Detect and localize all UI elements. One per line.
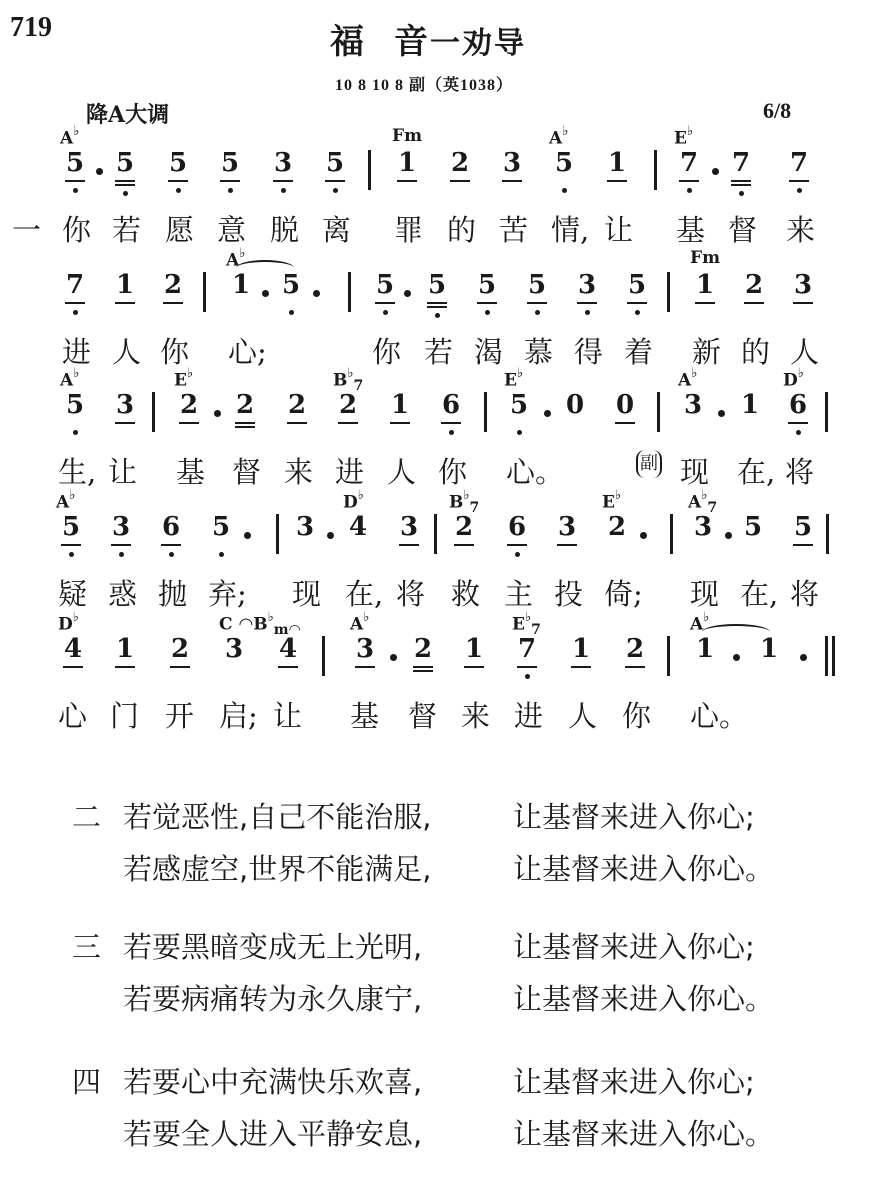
note-digit: 5 [165,148,191,178]
note: 5A♭ [551,140,577,200]
lyric-syllable: 着 [624,330,653,371]
title-subtitle: 一劝导 [430,26,526,61]
underline [557,544,577,546]
note: 5 [424,262,450,322]
lyric-syllable: 督 [728,208,757,249]
note-digit: 3 [221,634,247,664]
underline [115,422,135,424]
lyric-syllable: 让 [604,208,633,249]
tie-slur [236,260,294,276]
lyric-syllable: 让 [108,450,137,491]
note-digit: 1 [112,270,138,300]
chorus-marker: 副 [636,450,662,478]
chord-symbol: D♭ [783,368,804,391]
chord-symbol: Fm [690,248,720,268]
note: 5 [112,140,138,200]
title-char-2: 音 [394,22,430,62]
lyric-syllable: 心。 [690,694,748,735]
augmentation-dot [712,168,719,175]
low-octave-dot [123,191,128,196]
note-digit: 5 [217,148,243,178]
low-octave-dot [69,552,74,557]
underline [170,666,190,668]
underline [168,180,188,182]
note: 2B♭7 [451,504,477,564]
note-digit: 3 [790,270,816,300]
underline [695,302,715,304]
note-digit: 5 [506,390,532,420]
underline [507,544,527,546]
underline [450,180,470,182]
note-digit: 1 [604,148,630,178]
lyric-syllable: 基 [350,694,379,735]
score-line-3: 5A♭32E♭222B♭7165E♭003A♭16D♭生,让基督来进人你心。现在… [0,370,885,490]
note-digit: 7 [514,634,540,664]
verse-number: 三 [72,925,101,966]
note: 6D♭ [785,382,811,442]
underline [625,666,645,668]
low-octave-dot [73,310,78,315]
underline [111,544,131,546]
note-digit: 5 [62,148,88,178]
note: 5 [624,262,650,322]
note-digit: 5 [208,512,234,542]
lyric-syllable: 你 [372,330,401,371]
note-digit: 2 [335,390,361,420]
barline [654,150,657,190]
note: 7E♭ [676,140,702,200]
lyric-syllable: 主 [504,572,533,613]
augmentation-dot [327,532,334,539]
underline [179,422,199,424]
lyric-syllable: 心。 [506,450,564,491]
chord-symbol: A♭ [60,126,79,149]
augmentation-dot [718,410,725,417]
key-signature: 降A大调 [86,98,169,129]
lyric-syllable: 新 [692,330,721,371]
barline [203,272,206,312]
note-digit: 3 [292,512,318,542]
low-octave-dot [73,188,78,193]
note: 1 [737,382,763,442]
underline [627,302,647,304]
underline [61,544,81,546]
note-digit: 1 [461,634,487,664]
lyric-syllable: 在, [345,572,383,613]
lyric-syllable: 慕 [524,330,553,371]
note: 1Fm [394,140,420,200]
note: 3 [396,504,422,564]
lyric-syllable: 倚; [604,572,643,613]
augmentation-dot [244,532,251,539]
tie-slur [702,624,770,640]
score-line-5: 4D♭123C ◠B♭m◠43A♭217E♭7121A♭1心门开启;让基督来进人… [0,614,885,734]
note-digit: 2 [160,270,186,300]
lyric-syllable: 将 [790,572,819,613]
note-digit: 0 [562,390,588,420]
lyric-syllable: 你 [160,330,189,371]
low-octave-dot [73,430,78,435]
note-digit: 2 [284,390,310,420]
note: 6 [504,504,530,564]
underline [571,666,591,668]
barline [484,392,487,432]
note: 7 [62,262,88,322]
note-digit: 1 [387,390,413,420]
note: 6 [158,504,184,564]
lyric-syllable: 进 [514,694,543,735]
lyric-syllable: 在, [740,572,778,613]
lyric-syllable: 人 [112,330,141,371]
note: 0 [612,382,638,442]
note-digit: 5 [474,270,500,300]
chord-symbol: D♭ [343,490,364,513]
underline [163,302,183,304]
note: 2 [160,262,186,322]
note: 1 [604,140,630,200]
note-digit: 2 [447,148,473,178]
underline [287,422,307,424]
note-digit: 5 [322,148,348,178]
low-octave-dot [635,310,640,315]
score-line-4: 5A♭36534D♭32B♭7632E♭3A♭755疑惑抛弃;现在,将救主投倚;… [0,492,885,612]
note: 4D♭ [345,504,371,564]
lyric-syllable: 苦 [499,208,528,249]
note: 3 [790,262,816,322]
note: 5 [524,262,550,322]
lyric-syllable: 弃; [208,572,247,613]
note-digit: 1 [692,270,718,300]
barline [152,392,155,432]
underline [220,180,240,182]
barline [276,514,279,554]
meter-info: 10 8 10 8 副（英1038） [335,72,513,95]
note: 5 [474,262,500,322]
note: 5 [165,140,191,200]
underline [731,180,751,182]
lyric-syllable: 若 [112,208,141,249]
underline [793,302,813,304]
lyric-syllable: 开 [165,694,194,735]
note-digit: 3 [690,512,716,542]
lyric-syllable: 得 [574,330,603,371]
note-digit: 5 [524,270,550,300]
chord-symbol: D♭ [58,612,79,635]
low-octave-dot [449,430,454,435]
barline [322,636,325,676]
verse-line-2-right: 让基督来进入你心。 [513,847,774,888]
underline [390,422,410,424]
note: 5 [372,262,398,322]
double-underline [235,426,255,428]
note-digit: 3 [396,512,422,542]
barline [670,514,673,554]
lyric-syllable: 心; [228,330,267,371]
barline [434,514,437,554]
underline [115,302,135,304]
note-digit: 2 [622,634,648,664]
underline [789,180,809,182]
verse-line-2-right: 让基督来进入你心。 [513,977,774,1018]
underline [115,666,135,668]
lyric-syllable: 意 [217,208,246,249]
underline [115,180,135,182]
note: 2 [167,626,193,686]
verse-number: 四 [72,1060,101,1101]
augmentation-dot [262,290,269,297]
note: 3C ◠B♭m◠ [221,626,247,686]
note-digit: 2 [232,390,258,420]
note-digit: 1 [568,634,594,664]
underline [788,422,808,424]
double-underline [115,184,135,186]
verse-line-1-right: 让基督来进入你心; [513,925,755,966]
barline [667,272,670,312]
lyric-syllable: 人 [568,694,597,735]
lyric-syllable: 惑 [108,572,137,613]
note-digit: 6 [785,390,811,420]
underline [338,422,358,424]
underline [63,666,83,668]
lyric-syllable: 来 [786,208,815,249]
note: 3 [554,504,580,564]
low-octave-dot [333,188,338,193]
note-digit: 6 [158,512,184,542]
lyric-syllable: 现 [680,450,709,491]
lyric-syllable: 的 [447,208,476,249]
low-octave-dot [515,552,520,557]
note-digit: 7 [676,148,702,178]
lyric-syllable: 督 [232,450,261,491]
note-digit: 3 [270,148,296,178]
lyric-syllable: 将 [396,572,425,613]
barline [348,272,351,312]
low-octave-dot [383,310,388,315]
note-digit: 5 [740,512,766,542]
chord-symbol: E♭7 [512,612,541,638]
note-digit: 5 [424,270,450,300]
augmentation-dot [544,410,551,417]
low-octave-dot [797,188,802,193]
score-line-2: 7121A♭55555351Fm23进人你心;你若渴慕得着新的人 [0,250,885,370]
note: 2 [232,382,258,442]
time-signature: 6/8 [763,98,791,124]
lyric-syllable: 脱 [270,208,299,249]
underline [161,544,181,546]
lyric-syllable: 若 [424,330,453,371]
low-octave-dot [169,552,174,557]
note: 5 [208,504,234,564]
note: 7 [728,140,754,200]
note: 2 [622,626,648,686]
underline [427,302,447,304]
underline [65,180,85,182]
lyric-syllable: 罪 [394,208,423,249]
underline [502,180,522,182]
note: 3A♭ [352,626,378,686]
lyric-syllable: 人 [387,450,416,491]
lyric-syllable: 救 [451,572,480,613]
lyric-syllable: 生, [58,450,96,491]
note: 3 [108,504,134,564]
lyric-syllable: 来 [284,450,313,491]
note: 1 [112,626,138,686]
note: 4 [275,626,301,686]
chord-symbol: A♭ [60,368,79,391]
lyric-syllable: 进 [62,330,91,371]
verse-line-2-right: 让基督来进入你心。 [513,1112,774,1153]
note-digit: 5 [551,148,577,178]
low-octave-dot [485,310,490,315]
barline [825,392,828,432]
chord-symbol: A♭ [549,126,568,149]
note: 0 [562,382,588,442]
note-digit: 2 [604,512,630,542]
underline [793,544,813,546]
underline [278,666,298,668]
lyric-syllable: 在, [737,450,775,491]
note-digit: 7 [62,270,88,300]
lyric-syllable: 现 [690,572,719,613]
underline [397,180,417,182]
note: 1 [568,626,594,686]
note: 3A♭ [680,382,706,442]
chord-symbol: A♭ [350,612,369,635]
note: 3 [112,382,138,442]
underline [273,180,293,182]
note: 2 [447,140,473,200]
underline [527,302,547,304]
lyric-syllable: 一 [12,208,41,249]
note-digit: 0 [612,390,638,420]
lyric-syllable: 让 [273,694,302,735]
note: 5 [740,504,766,564]
underline [441,422,461,424]
note-digit: 5 [372,270,398,300]
note: 5 [322,140,348,200]
double-underline [731,184,751,186]
lyric-syllable: 抛 [158,572,187,613]
note-digit: 1 [394,148,420,178]
verse-line-2-left: 若要全人进入平静安息, [123,1112,422,1153]
low-octave-dot [119,552,124,557]
lyric-syllable: 门 [110,694,139,735]
lyric-syllable: 心 [58,694,87,735]
low-octave-dot [739,191,744,196]
augmentation-dot [313,290,320,297]
lyric-syllable: 的 [741,330,770,371]
note: 7 [786,140,812,200]
lyric-syllable: 将 [785,450,814,491]
verse-line-1-right: 让基督来进入你心; [513,1060,755,1101]
note-digit: 2 [167,634,193,664]
augmentation-dot [800,654,807,661]
note: 1 [461,626,487,686]
note: 5A♭ [58,504,84,564]
underline [607,180,627,182]
underline [679,180,699,182]
low-octave-dot [435,313,440,318]
note: 3 [499,140,525,200]
underline [615,422,635,424]
lyric-syllable: 现 [292,572,321,613]
low-octave-dot [796,430,801,435]
note-digit: 5 [624,270,650,300]
augmentation-dot [640,532,647,539]
underline [235,422,255,424]
lyric-syllable: 你 [62,208,91,249]
note: 6 [438,382,464,442]
chord-symbol: B♭7 [449,490,479,516]
low-octave-dot [517,430,522,435]
note: 5 [790,504,816,564]
note-digit: 5 [58,512,84,542]
note-digit: 1 [737,390,763,420]
low-octave-dot [228,188,233,193]
verse-line-1-right: 让基督来进入你心; [513,795,755,836]
note-digit: 3 [112,390,138,420]
double-underline [413,670,433,672]
note: 5E♭ [506,382,532,442]
verse-line-1-left: 若觉恶性,自己不能治服, [123,795,431,836]
lyric-syllable: 你 [622,694,651,735]
low-octave-dot [687,188,692,193]
note: 2 [741,262,767,322]
note-digit: 3 [352,634,378,664]
augmentation-dot [96,168,103,175]
underline [454,544,474,546]
underline [355,666,375,668]
note-digit: 2 [451,512,477,542]
lyric-syllable: 疑 [58,572,87,613]
note-digit: 6 [504,512,530,542]
note: 5A♭ [62,140,88,200]
underline [325,180,345,182]
chord-symbol: A♭7 [688,490,717,516]
note-digit: 3 [108,512,134,542]
note: 5A♭ [62,382,88,442]
low-octave-dot [585,310,590,315]
barline [667,636,670,676]
augmentation-dot [733,654,740,661]
chord-symbol: E♭ [504,368,523,391]
lyric-syllable: 愿 [165,208,194,249]
barline [826,514,829,554]
note: 3 [270,140,296,200]
note-digit: 3 [554,512,580,542]
low-octave-dot [289,310,294,315]
note: 5 [217,140,243,200]
chord-symbol: B♭7 [333,368,363,394]
note-digit: 7 [786,148,812,178]
note-digit: 5 [790,512,816,542]
underline [399,544,419,546]
note-digit: 6 [438,390,464,420]
hymn-number: 719 [10,12,52,44]
lyric-syllable: 基 [176,450,205,491]
note-digit: 2 [741,270,767,300]
chord-symbol: E♭ [602,490,621,513]
note: 1 [387,382,413,442]
note: 3A♭7 [690,504,716,564]
lyric-syllable: 人 [790,330,819,371]
note-digit: 2 [410,634,436,664]
note: 1Fm [692,262,718,322]
verse-line-1-left: 若要黑暗变成无上光明, [123,925,422,966]
title-char-1: 福 [330,22,366,62]
underline [464,666,484,668]
chord-symbol: Fm [392,126,422,146]
